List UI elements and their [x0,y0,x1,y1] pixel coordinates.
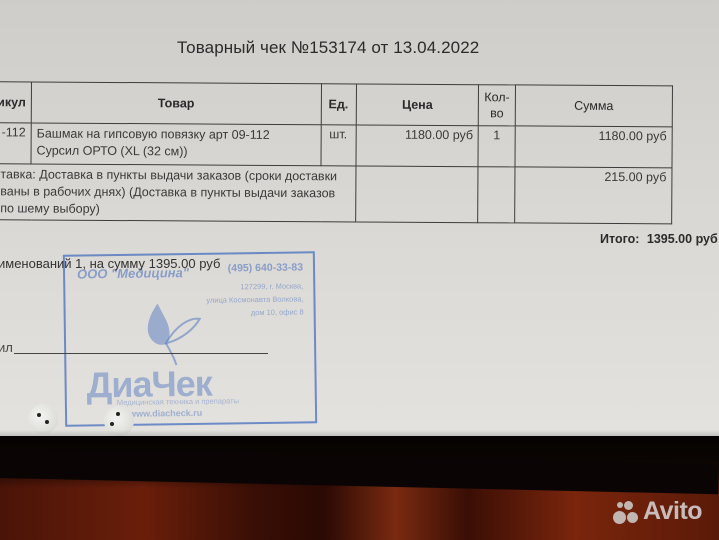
company-stamp: ООО "Медицина" (495) 640-33-83 127299, г… [63,251,317,427]
header-article-label: тикул [0,95,26,109]
header-article: тикул [0,82,31,123]
avito-label: Avito [643,497,702,526]
table-row: -112 Башмак на гипсовую повязку арт 09-1… [0,123,672,168]
stamp-tagline: Медицинская техника и препараты [117,396,239,407]
avito-watermark: Avito [613,497,702,526]
signature-line [14,353,268,354]
header-sum-label: Сумма [574,99,613,113]
delivery-description: тавка: Доставка в пункты выдачи заказов … [0,167,337,216]
magnet-icon [104,406,134,436]
header-product-label: Товар [158,96,195,110]
receipt-title: Товарный чек №153174 от 13.04.2022 [177,38,479,58]
header-product: Товар [31,82,321,125]
avito-logo-icon [613,499,639,525]
total-label: Итого: [600,232,639,246]
stamp-phone: (495) 640-33-83 [228,261,303,274]
table-row: тавка: Доставка в пункты выдачи заказов … [0,164,672,224]
total: Итого: 1395.00 руб [600,232,718,246]
receipt-paper: Товарный чек №153174 от 13.04.2022 тикул… [0,0,719,436]
total-value: 1395.00 руб [647,232,718,246]
header-unit-label: Ед. [329,97,349,111]
stamp-address-line: дом 10, офис 8 [206,305,303,319]
stamp-address: 127299, г. Москва, улица Космонавта Волк… [206,279,304,319]
items-table: тикул Товар Ед. Цена Кол- во Сумма -112 … [0,81,673,224]
cell-sum: 1180.00 руб [515,126,672,168]
cell-delivery: тавка: Доставка в пункты выдачи заказов … [0,164,356,222]
cell-article: -112 [0,123,31,164]
cell-price: 1180.00 руб [356,125,479,167]
drop-leaf-icon [135,295,206,366]
cell-sum: 215.00 руб [514,167,672,224]
signature-label: ил [0,340,13,355]
header-price: Цена [356,84,479,126]
cell-price-empty [355,166,478,223]
cell-qty-empty [478,167,515,223]
header-price-label: Цена [402,98,433,112]
table-header-row: тикул Товар Ед. Цена Кол- во Сумма [0,82,672,127]
cell-product: Башмак на гипсовую повязку арт 09-112 Су… [31,123,321,166]
header-qty-line2: во [490,106,504,120]
header-sum: Сумма [515,85,672,127]
cell-qty: 1 [478,126,515,167]
cell-unit: шт. [321,125,356,166]
stamp-website: www.diacheck.ru [129,408,202,419]
magnet-icon [28,404,58,434]
header-qty-line1: Кол- [484,90,510,104]
header-qty: Кол- во [479,85,516,126]
header-unit: Ед. [321,84,356,125]
summary-line: именований 1, на сумму 1395.00 руб [0,256,220,271]
